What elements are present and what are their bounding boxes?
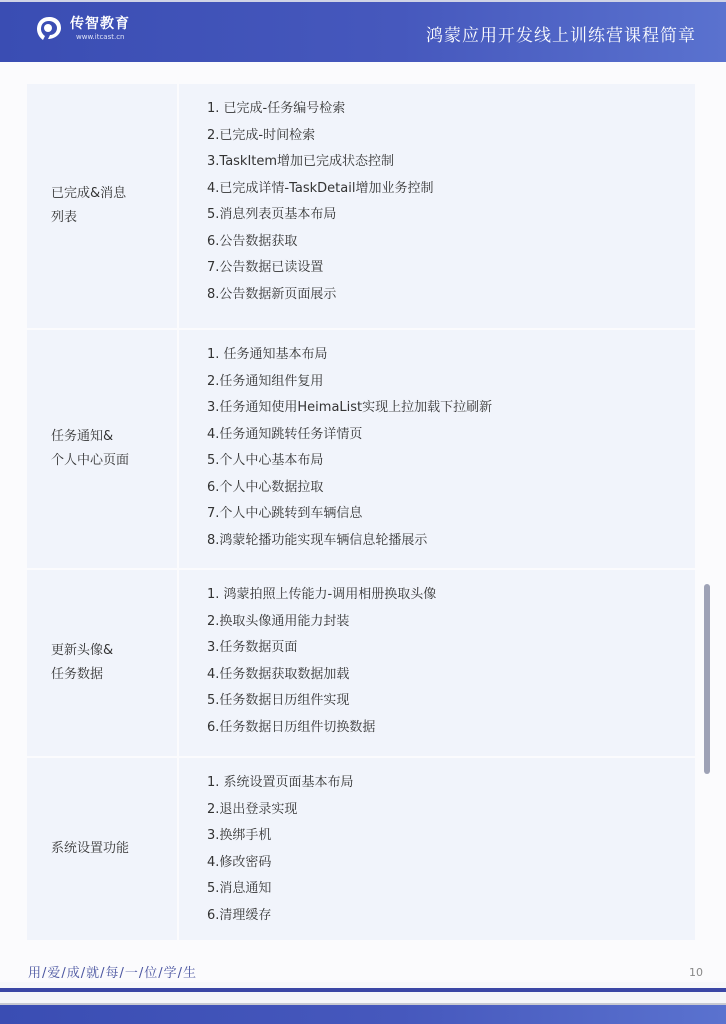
list-item: 6.个人中心数据拉取 — [207, 475, 695, 502]
list-item: 5.任务数据日历组件实现 — [207, 688, 695, 715]
list-item: 4.已完成详情-TaskDetail增加业务控制 — [207, 176, 695, 203]
list-item: 1. 已完成-任务编号检索 — [207, 96, 695, 123]
list-item: 4.任务数据获取数据加载 — [207, 662, 695, 689]
list-item: 1. 任务通知基本布局 — [207, 342, 695, 369]
table-row: 系统设置功能 1. 系统设置页面基本布局 2.退出登录实现 3.换绑手机 4.修… — [27, 758, 695, 942]
page-title: 鸿蒙应用开发线上训练营课程简章 — [426, 21, 696, 46]
row-label: 系统设置功能 — [27, 758, 179, 940]
table-row: 任务通知& 个人中心页面 1. 任务通知基本布局 2.任务通知组件复用 3.任务… — [27, 330, 695, 570]
list-item: 6.任务数据日历组件切换数据 — [207, 715, 695, 742]
table-row: 更新头像& 任务数据 1. 鸿蒙拍照上传能力-调用相册换取头像 2.换取头像通用… — [27, 570, 695, 758]
list-item: 5.消息列表页基本布局 — [207, 202, 695, 229]
list-item: 1. 鸿蒙拍照上传能力-调用相册换取头像 — [207, 582, 695, 609]
footer-slogan: 用/爱/成/就/每/一/位/学/生 — [28, 962, 197, 981]
list-item: 6.清理缓存 — [207, 903, 695, 930]
list-item: 2.退出登录实现 — [207, 797, 695, 824]
list-item: 2.任务通知组件复用 — [207, 369, 695, 396]
itcast-logo: 传智教育 www.itcast.cn — [34, 14, 130, 44]
list-item: 6.公告数据获取 — [207, 229, 695, 256]
list-item: 1. 系统设置页面基本布局 — [207, 770, 695, 797]
list-item: 3.任务通知使用HeimaList实现上拉加载下拉刷新 — [207, 395, 695, 422]
list-item: 8.鸿蒙轮播功能实现车辆信息轮播展示 — [207, 528, 695, 555]
slide-page: 已完成&消息 列表 1. 已完成-任务编号检索 2.已完成-时间检索 3.Tas… — [0, 62, 726, 982]
row-label: 更新头像& 任务数据 — [27, 570, 179, 756]
row-label: 任务通知& 个人中心页面 — [27, 330, 179, 568]
list-item: 8.公告数据新页面展示 — [207, 282, 695, 309]
page-header: 传智教育 www.itcast.cn 鸿蒙应用开发线上训练营课程简章 — [0, 0, 726, 62]
page-number: 10 — [689, 966, 703, 979]
row-items: 1. 已完成-任务编号检索 2.已完成-时间检索 3.TaskItem增加已完成… — [179, 84, 695, 328]
row-items: 1. 任务通知基本布局 2.任务通知组件复用 3.任务通知使用HeimaList… — [179, 330, 695, 568]
row-items: 1. 鸿蒙拍照上传能力-调用相册换取头像 2.换取头像通用能力封装 3.任务数据… — [179, 570, 695, 756]
list-item: 5.个人中心基本布局 — [207, 448, 695, 475]
next-page-header — [0, 1005, 726, 1024]
row-label-line: 任务数据 — [51, 663, 113, 687]
logo-url: www.itcast.cn — [76, 32, 130, 42]
row-label: 已完成&消息 列表 — [27, 84, 179, 328]
logo-icon — [34, 14, 64, 44]
vertical-scrollbar[interactable] — [704, 584, 710, 774]
list-item: 4.任务通知跳转任务详情页 — [207, 422, 695, 449]
list-item: 4.修改密码 — [207, 850, 695, 877]
list-item: 7.公告数据已读设置 — [207, 255, 695, 282]
table-row: 已完成&消息 列表 1. 已完成-任务编号检索 2.已完成-时间检索 3.Tas… — [27, 84, 695, 330]
list-item: 3.任务数据页面 — [207, 635, 695, 662]
row-label-line: 任务通知& — [51, 425, 129, 449]
list-item: 5.消息通知 — [207, 876, 695, 903]
row-label-line: 已完成&消息 — [51, 182, 126, 206]
row-label-line: 系统设置功能 — [51, 837, 129, 861]
logo-name: 传智教育 — [70, 16, 130, 32]
list-item: 3.TaskItem增加已完成状态控制 — [207, 149, 695, 176]
list-item: 7.个人中心跳转到车辆信息 — [207, 501, 695, 528]
list-item: 2.换取头像通用能力封装 — [207, 609, 695, 636]
list-item: 2.已完成-时间检索 — [207, 123, 695, 150]
list-item: 3.换绑手机 — [207, 823, 695, 850]
row-label-line: 更新头像& — [51, 639, 113, 663]
row-label-line: 个人中心页面 — [51, 449, 129, 473]
row-label-line: 列表 — [51, 206, 126, 230]
curriculum-table: 已完成&消息 列表 1. 已完成-任务编号检索 2.已完成-时间检索 3.Tas… — [27, 84, 695, 942]
row-items: 1. 系统设置页面基本布局 2.退出登录实现 3.换绑手机 4.修改密码 5.消… — [179, 758, 695, 940]
